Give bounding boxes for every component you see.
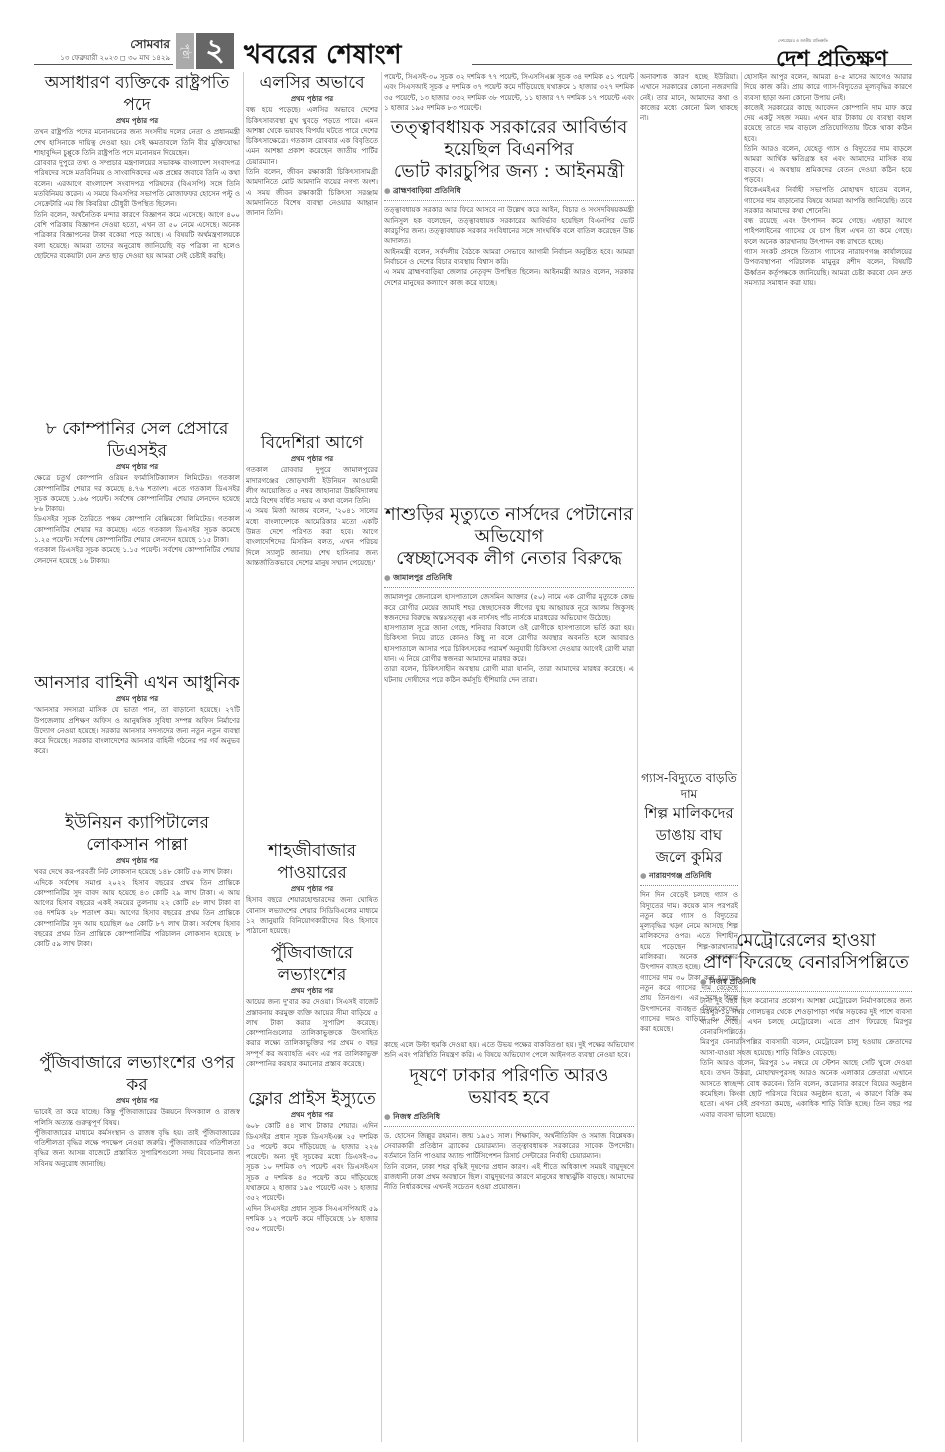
continued-label: প্রথম পৃষ্ঠার পর bbox=[246, 454, 378, 464]
article-union-capital: ইউনিয়ন ক্যাপিটালের লোকসান পাল্লা প্রথম … bbox=[34, 812, 240, 1048]
headline: দূষণে ঢাকার পরিণতি আরও ভয়াবহ হবে bbox=[384, 1065, 634, 1109]
paragraph: পুঁজিবাজারের মাধ্যমে কর্মসংস্থান ও রাজস্… bbox=[34, 1128, 240, 1169]
reporter-byline: নিজস্ব প্রতিনিধি bbox=[700, 977, 912, 992]
paragraph: তত্ত্বাবধায়ক সরকার আর ফিরে আসবে না উল্ল… bbox=[384, 205, 634, 246]
continued-label: প্রথম পৃষ্ঠার পর bbox=[34, 856, 240, 866]
headline: পুঁজিবাজারে লভ্যাংশের bbox=[246, 942, 378, 986]
paragraph: রোববার দুপুরে তথ্য ও সম্প্রচার মন্ত্রণাল… bbox=[34, 158, 240, 209]
continued-label: প্রথম পৃষ্ঠার পর bbox=[34, 694, 240, 704]
headline: পুঁজিবাজারে লভ্যাংশের ওপর কর bbox=[34, 1052, 240, 1096]
paragraph: এদিন সিএসইর প্রধান সূচক সিএএসপিআই ৫৯ দশম… bbox=[246, 1204, 378, 1235]
article-gas-lead: অনাবশ্যক কারণ হচ্ছে ইউরিয়া। এখানে সরকার… bbox=[640, 72, 738, 824]
paragraph: তিনি আরও বলেন, মিরপুর ১০ নম্বরে যে স্টেশ… bbox=[700, 1058, 912, 1120]
article-capital-market-tax: পুঁজিবাজারে লভ্যাংশের ওপর কর প্রথম পৃষ্ঠ… bbox=[34, 1052, 240, 1442]
continued-label: প্রথম পৃষ্ঠার পর bbox=[246, 986, 378, 996]
continued-label: প্রথম পৃষ্ঠার পর bbox=[34, 462, 240, 472]
paragraph: কাজেই সরকারের কাছে আবেদন কোম্পানি দাম মা… bbox=[744, 103, 912, 144]
article-capital-dividend: পুঁজিবাজারে লভ্যাংশের প্রথম পৃষ্ঠার পর আ… bbox=[246, 942, 378, 1084]
continued-label: প্রথম পৃষ্ঠার পর bbox=[246, 94, 378, 104]
article-gas-headline-block bbox=[492, 780, 637, 870]
paragraph: তিনি বলেন, অর্থনৈতিক মন্দার কারণে বিজ্ঞা… bbox=[34, 210, 240, 261]
paragraph: মিরপুর বেনারসিপল্লির ব্যবসায়ী বলেন, মেট… bbox=[700, 1037, 912, 1058]
headline: ইউনিয়ন ক্যাপিটালের লোকসান পাল্লা bbox=[34, 812, 240, 856]
paragraph: গতকাল রোববার দুপুরে জামালপুরের মাদারগঞ্জ… bbox=[246, 465, 378, 506]
headline: আনসার বাহিনী এখন আধুনিক bbox=[34, 672, 240, 694]
reporter-byline: নিজস্ব প্রতিনিধি bbox=[384, 1112, 634, 1127]
headline: ৮ কোম্পানির সেল প্রেসারে ডিএসইর bbox=[34, 418, 240, 462]
article-floor-price: ফ্লোর প্রাইস ইস্যুতে প্রথম পৃষ্ঠার পর ৬০… bbox=[246, 1088, 378, 1442]
article-lc-shortage: এলসির অভাবে প্রথম পৃষ্ঠার পর বন্ধ হয়ে প… bbox=[246, 72, 378, 424]
paragraph: বন্ধ রয়েছে এবং উৎপাদন কমে গেছে। এছাড়া … bbox=[744, 216, 912, 247]
paragraph: এদিকে সর্বশেষ সমাপ্ত ২০২২ হিসাব বছরের প্… bbox=[34, 878, 240, 950]
paragraph: ক্ষেত্রে চতুর্থ কোম্পানি ওরিয়ন ফার্মাসি… bbox=[34, 473, 240, 514]
paragraph: টানা দুই বছর ছিল করোনার প্রকোপ। আশঙ্কা ম… bbox=[700, 996, 912, 1037]
paragraph: জামালপুর জেনারেল হাসপাতালে জেসমিন আক্তার… bbox=[384, 592, 634, 623]
page-number: ২ bbox=[196, 33, 234, 69]
article-metrorail: মেট্রোরেলের হাওয়া প্রাণ ফিরেছে বেনারসিপ… bbox=[700, 930, 912, 1442]
headline: বিদেশিরা আগে bbox=[246, 432, 378, 454]
paragraph: তিনি বলেন, জীবন রক্ষাকারী চিকিৎসাসামগ্রী… bbox=[246, 167, 378, 218]
article-shahjibazar: শাহজীবাজার পাওয়ারের প্রথম পৃষ্ঠার পর হি… bbox=[246, 840, 378, 938]
reporter-byline: জামালপুর প্রতিনিধি bbox=[384, 573, 634, 588]
paragraph: 'আনসার সদস্যরা মাসিক যে ভাতা পান, তা বাড… bbox=[34, 705, 240, 756]
headline: অসাধারণ ব্যক্তিকে রাষ্ট্রপতি পদে bbox=[34, 72, 240, 116]
continued-label: প্রথম পৃষ্ঠার পর bbox=[246, 884, 378, 894]
lead-paragraph: কাছে এলে উল্টা হুমকি দেওয়া হয়। এতে উভয… bbox=[384, 1040, 634, 1061]
page-header: সোমবার ১৩ ফেব্রুয়ারী ২০২৩ ◻ ৩০ মাঘ ১৪২৯… bbox=[0, 0, 945, 62]
headline-line-3: ডাঙায় বাঘ জলে কুমির bbox=[640, 824, 738, 868]
column-divider bbox=[381, 72, 382, 1442]
headline-line-1: মেট্রোরেলের হাওয়া bbox=[700, 930, 912, 952]
reporter-byline: ব্রাহ্মণবাড়িয়া প্রতিনিধি bbox=[384, 186, 634, 201]
headline: ফ্লোর প্রাইস ইস্যুতে bbox=[246, 1088, 378, 1110]
paragraph: এ সময় মির্জা আজম বলেন, '২০৪১ সালের মধ্য… bbox=[246, 506, 378, 568]
reporter-byline: নারায়ণগঞ্জ প্রতিনিধি bbox=[640, 871, 738, 886]
article-right-column-top: হোসাইন আপুর বলেন, আমরা ৪-৫ মাসের আগেও আর… bbox=[744, 72, 912, 890]
paragraph: তিনি আরও বলেন, যেহেতু গ্যাস ও বিদ্যুতের … bbox=[744, 144, 912, 185]
headline-line-1: শাশুড়ির মৃত্যুতে নার্সদের পেটানোর অভিযো… bbox=[384, 504, 634, 548]
paragraph: আয়ের জন্য দু'বার কর দেওয়া। সিএসই বাজেট… bbox=[246, 997, 378, 1069]
article-dse-sell-pressure: ৮ কোম্পানির সেল প্রেসারে ডিএসইর প্রথম পৃ… bbox=[34, 418, 240, 666]
paragraph: হোসাইন আপুর বলেন, আমরা ৪-৫ মাসের আগেও আর… bbox=[744, 72, 912, 103]
headline-line-2: ভোট কারচুপির জন্য : আইনমন্ত্রী bbox=[384, 161, 634, 183]
paragraph: ডিএসইর সূচক তৈরিতে পঞ্চম কোম্পানি বেক্সি… bbox=[34, 514, 240, 545]
paragraph: ড. হোসেন জিল্লুর রহমান। জন্ম ১৯৫১ সাল। শ… bbox=[384, 1131, 634, 1162]
headline-line-1: গ্যাস-বিদ্যুতে বাড়তি দাম bbox=[640, 770, 738, 802]
headline: এলসির অভাবে bbox=[246, 72, 378, 94]
paragraph: হাসপাতাল সূত্রে জানা গেছে, শনিবার বিকালে… bbox=[384, 623, 634, 664]
continued-label: প্রথম পৃষ্ঠার পর bbox=[246, 1110, 378, 1120]
continued-label: প্রথম পৃষ্ঠার পর bbox=[34, 1096, 240, 1106]
paragraph: খবর দেখে কর-পরবর্তী নিট লোকসান হয়েছে ১৪… bbox=[34, 867, 240, 877]
paragraph: ৬০৮ কোটি ৪৪ লাখ টাকার শেয়ার। এদিন ডিএসই… bbox=[246, 1121, 378, 1203]
headline-line-2: স্বেচ্ছাসেবক লীগ নেতার বিরুদ্ধে bbox=[384, 548, 634, 570]
lead-paragraph: পয়েন্ট, সিএসই-৩০ সূচক ৩২ দশমিক ৭৭ পয়েন… bbox=[384, 72, 634, 113]
column-divider bbox=[637, 72, 638, 1442]
column-divider bbox=[243, 72, 244, 1442]
paragraph: তারা বলেন, চিকিৎসাহীন অবস্থায় রোগী মারা… bbox=[384, 664, 634, 685]
article-dhaka-pollution: কাছে এলে উল্টা হুমকি দেওয়া হয়। এতে উভয… bbox=[384, 1040, 634, 1442]
paragraph: গতকাল ডিএসইর সূচক কমেছে ১.১৫ পয়েন্ট। সর… bbox=[34, 545, 240, 566]
header-rule-left bbox=[34, 64, 173, 65]
headline-line-2: শিল্প মালিকদের bbox=[640, 802, 738, 824]
headline: শাহজীবাজার পাওয়ারের bbox=[246, 840, 378, 884]
date-line: ১৩ ফেব্রুয়ারী ২০২৩ ◻ ৩০ মাঘ ১৪২৯ bbox=[40, 52, 170, 64]
page-label: পৃষ্ঠা bbox=[176, 33, 194, 69]
article-foreigners: বিদেশিরা আগে প্রথম পৃষ্ঠার পর গতকাল রোবব… bbox=[246, 432, 378, 820]
paragraph: তিনি বলেন, ঢাকা শহর বৃদ্ধিই দূষণের প্রধা… bbox=[384, 1162, 634, 1193]
article-jamalpur-nurses: শাশুড়ির মৃত্যুতে নার্সদের পেটানোর অভিযো… bbox=[384, 504, 634, 1040]
paragraph: এ সময় ব্রাহ্মণবাড়িয়া জেলার নেতৃবৃন্দ … bbox=[384, 267, 634, 288]
paragraph: হিসাব বছরে শেয়ারহোল্ডারদের জন্য ঘোষিত ব… bbox=[246, 895, 378, 936]
paragraph: ভাবেই তা করে যাচ্ছে। কিন্তু পুঁজিবাজারের… bbox=[34, 1107, 240, 1128]
headline-line-2: প্রাণ ফিরেছে বেনারসিপল্লিতে bbox=[700, 952, 912, 974]
article-caretaker: পয়েন্ট, সিএসই-৩০ সূচক ৩২ দশমিক ৭৭ পয়েন… bbox=[384, 72, 634, 500]
paragraph: বিকেএমইএর নির্বাহী সভাপতি মোহাম্মদ হাতেম… bbox=[744, 185, 912, 216]
continued-label: প্রথম পৃষ্ঠার পর bbox=[34, 116, 240, 126]
paragraph: আইনমন্ত্রী বলেন, সর্বদলীয় বৈঠকে আমরা সে… bbox=[384, 247, 634, 268]
paragraph: বন্ধ হয়ে পড়েছে। এলসির অভাবে দেশের চিকি… bbox=[246, 105, 378, 167]
article-ansar: আনসার বাহিনী এখন আধুনিক প্রথম পৃষ্ঠার পর… bbox=[34, 672, 240, 800]
article-president: অসাধারণ ব্যক্তিকে রাষ্ট্রপতি পদে প্রথম প… bbox=[34, 72, 240, 374]
headline-line-1: তত্ত্বাবধায়ক সরকারের আবির্ভাব হয়েছিল ব… bbox=[384, 117, 634, 161]
lead-paragraph: অনাবশ্যক কারণ হচ্ছে ইউরিয়া। এখানে সরকার… bbox=[640, 72, 738, 123]
paragraph: তখন রাষ্ট্রপতি পদের মনোনয়নের জন্য সংসদী… bbox=[34, 127, 240, 158]
paragraph: গ্যাস সংকট প্রসঙ্গে তিতাস গ্যাসের নারায়… bbox=[744, 247, 912, 288]
